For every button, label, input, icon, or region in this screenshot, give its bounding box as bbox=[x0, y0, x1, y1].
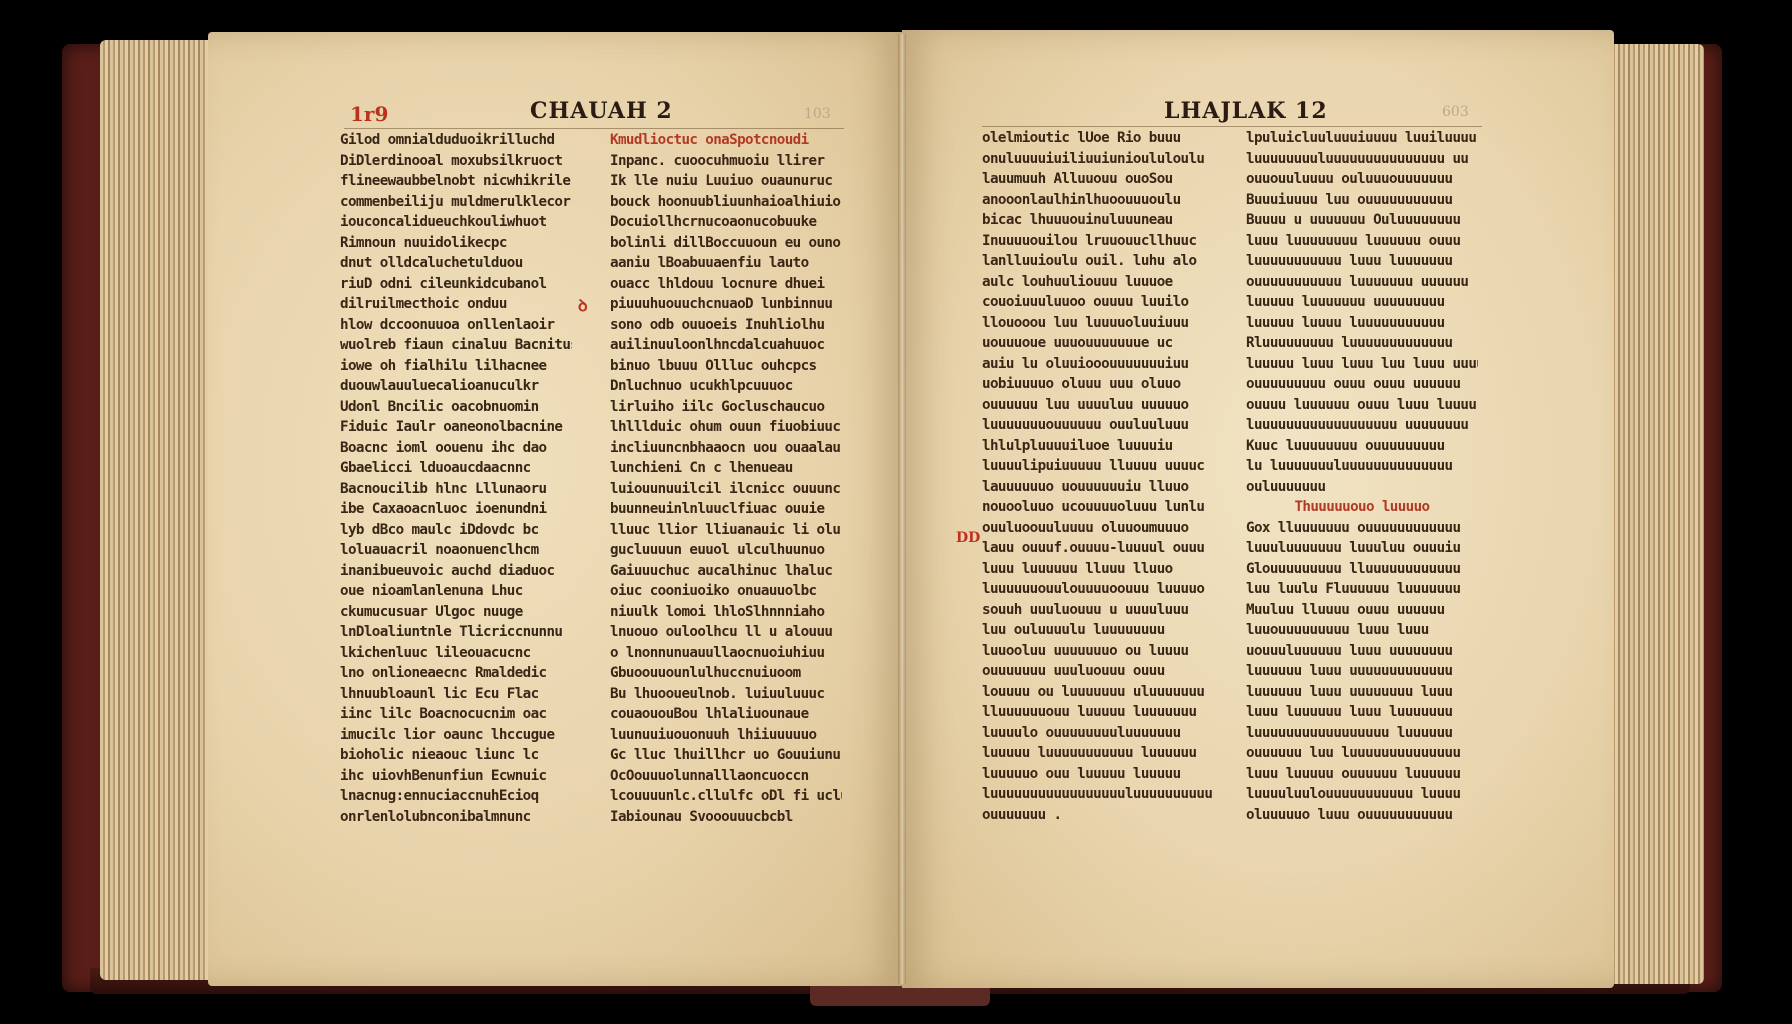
text-line: riuD odni cileunkidcubanol bbox=[340, 274, 572, 295]
text-line: inanibueuvoic auchd diaduoc bbox=[340, 561, 572, 582]
text-line: OcOouuuolunnalllaoncuoccn bbox=[610, 766, 842, 787]
text-line: anooonlaulhinlhuoouuuoulu bbox=[982, 190, 1214, 211]
text-line: luuuuuuuuuuu luuu luuuuuuu bbox=[1246, 251, 1478, 272]
text-line: ckumucusuar Ulgoc nuuge bbox=[340, 602, 572, 623]
text-line: Fiduic Iaulr oaneonolbacnine bbox=[340, 417, 572, 438]
text-line: Docuiollhcrnucoaonucobuuke bbox=[610, 212, 842, 233]
text-line: Thuuuuuouo luuuuo bbox=[1246, 497, 1478, 518]
text-line: aaniu lBoabuuaenfiu lauto bbox=[610, 253, 842, 274]
text-line: Iabiounau Svooouuucbcbl bbox=[610, 807, 842, 828]
text-line: lnacnug:ennuciaccnuhEcioq bbox=[340, 786, 572, 807]
text-line: bouck hoonuubliuunhaioalhiuio bbox=[610, 192, 842, 213]
text-line: ouuuuuuuuu ouuu ouuu uuuuuu bbox=[1246, 374, 1478, 395]
book-gutter bbox=[898, 34, 906, 984]
text-line: luuooluu uuuuuuuo ou luuuu bbox=[982, 641, 1214, 662]
text-line: lluuc llior lliuanauic li olu bbox=[610, 520, 842, 541]
text-line: o lnonnunuauullaocnuoiuhiuu bbox=[610, 643, 842, 664]
text-line: luuuluuuuuuu luuuluu ouuuiu bbox=[1246, 538, 1478, 559]
text-line: ouuuu luuuuuu ouuu luuu luuuu bbox=[1246, 395, 1478, 416]
text-line: luuu luuuuuu luuu luuuuuuu bbox=[1246, 702, 1478, 723]
folio-mark: 103 bbox=[804, 106, 831, 122]
header-rule bbox=[344, 128, 844, 129]
text-line: luuuuuu luuu uuuuuuuuuuuuu bbox=[1246, 661, 1478, 682]
text-line: Bacnoucilib hlnc Lllunaoru bbox=[340, 479, 572, 500]
text-line: luuuuu luuuuuuu uuuuuuuuu bbox=[1246, 292, 1478, 313]
text-line: nouooluuo ucouuuuoluuu lunlu bbox=[982, 497, 1214, 518]
text-line: oluuuuuo luuu ouuuuuuuuuuu bbox=[1246, 805, 1478, 826]
text-line: ouuuuuu luu luuuuuuuuuuuuuu bbox=[1246, 743, 1478, 764]
text-line: oue nioamlanlenuna Lhuc bbox=[340, 581, 572, 602]
folio-number: 1r9 bbox=[350, 102, 388, 126]
text-line: lnuouo ouloolhcu ll u alouuu bbox=[610, 622, 842, 643]
text-line: gucluuuun euuol ulculhuunuo bbox=[610, 540, 842, 561]
text-line: ouuuuuuu uuuluouuu ouuu bbox=[982, 661, 1214, 682]
text-line: luuuulo ouuuuuuuuluuuuuuu bbox=[982, 723, 1214, 744]
text-line: DiDlerdinooal moxubsilkruoct bbox=[340, 151, 572, 172]
text-line: lunchieni Cn c lhenueau bbox=[610, 458, 842, 479]
text-line: Buuuu u uuuuuuu Ouluuuuuuuu bbox=[1246, 210, 1478, 231]
text-line: luuuuuuouulouuuuoouuu luuuuo bbox=[982, 579, 1214, 600]
text-line: onrlenlolubnconibalmnunc bbox=[340, 807, 572, 828]
text-line: Muuluu lluuuu ouuu uuuuuu bbox=[1246, 600, 1478, 621]
text-line: Kmudlioctuc onaSpotcnoudi bbox=[610, 130, 842, 151]
folio-number: 603 bbox=[1442, 104, 1469, 120]
text-line: lcouuuunlc.cllulfc oDl fi ucluc bbox=[610, 786, 842, 807]
text-line: luuuuu luuu luuu luu luuu uuuu bbox=[1246, 354, 1478, 375]
text-line: niuulk lomoi lhloSlhnnniaho bbox=[610, 602, 842, 623]
text-line: Boacnc ioml oouenu ihc dao bbox=[340, 438, 572, 459]
text-line: luuu luuuuuu lluuu lluuo bbox=[982, 559, 1214, 580]
text-line: ouuuuuuuuuuu luuuuuuu uuuuuu bbox=[1246, 272, 1478, 293]
text-column-2: Kmudlioctuc onaSpotcnoudiInpanc. cuoocuh… bbox=[610, 130, 842, 827]
text-line: lhnuubloaunl lic Ecu Flac bbox=[340, 684, 572, 705]
text-line: couoiuuuluuoo ouuuu luuilo bbox=[982, 292, 1214, 313]
text-line: llouooou luu luuuuoluuiuuu bbox=[982, 313, 1214, 334]
text-line: iinc lilc Boacnocucnim oac bbox=[340, 704, 572, 725]
text-line: Rluuuuuuuuu luuuuuuuuuuuuu bbox=[1246, 333, 1478, 354]
text-line: ouuuuuu luu uuuuluu uuuuuo bbox=[982, 395, 1214, 416]
text-line: couaououBou lhlaliuounaue bbox=[610, 704, 842, 725]
text-line: Dnluchnuo ucukhlpcuuuoc bbox=[610, 376, 842, 397]
text-line: dilruilmecthoic onduu bbox=[340, 294, 572, 315]
text-line: incliuuncnbhaaocn uou ouaalau bbox=[610, 438, 842, 459]
text-line: luunuuiuouonuuh lhiiuuuuuo bbox=[610, 725, 842, 746]
text-line: iowe oh fialhilu lilhacnee bbox=[340, 356, 572, 377]
text-line: lauu ouuuf.ouuuu-luuuul ouuu bbox=[982, 538, 1214, 559]
text-line: lu luuuuuuuluuuuuuuuuuuuuu bbox=[1246, 456, 1478, 477]
text-line: luuouuuuuuuuu luuu luuu bbox=[1246, 620, 1478, 641]
text-line: Buuuiuuuu luu ouuuuuuuuuuu bbox=[1246, 190, 1478, 211]
text-line: luuuuuuuuuuuuuuuuuu uuuuuuuu bbox=[1246, 415, 1478, 436]
text-line: Glouuuuuuuuu lluuuuuuuuuuuu bbox=[1246, 559, 1478, 580]
text-line: luuuuluulouuuuuuuuuuu luuuu bbox=[1246, 784, 1478, 805]
text-line: auilinuuloonlhncdalcuahuuoc bbox=[610, 335, 842, 356]
left-page-block-edge bbox=[100, 40, 212, 980]
text-line: Gaiuuuchuc aucalhinuc lhaluc bbox=[610, 561, 842, 582]
text-line: luu ouluuuulu luuuuuuuu bbox=[982, 620, 1214, 641]
text-line: flineewaubbelnobt nicwhikrile bbox=[340, 171, 572, 192]
text-line: lno onlioneaecnc Rmaldedic bbox=[340, 663, 572, 684]
paragraph-mark: ꝺ bbox=[578, 294, 588, 316]
text-line: Gilod omnialduduoikrilluchd bbox=[340, 130, 572, 151]
text-line: luuuuuu luuu uuuuuuuu luuu bbox=[1246, 682, 1478, 703]
left-page: 1r9 CHAUAH 2 103 ꝺ Gilod omnialduduoikri… bbox=[208, 32, 902, 986]
text-line: ouuuuuuu . bbox=[982, 805, 1214, 826]
text-line: auiu lu oluuiooouuuuuuuiuu bbox=[982, 354, 1214, 375]
text-line: Gbuoouuounlulhuccnuiuoom bbox=[610, 663, 842, 684]
text-line: Bu lhuooueulnob. luiuuluuuc bbox=[610, 684, 842, 705]
text-line: Gc lluc lhuillhcr uo Gouuiunu bbox=[610, 745, 842, 766]
text-line: ibe Caxaoacnluoc ioenundni bbox=[340, 499, 572, 520]
text-line: Inuuuuouilou lruuouucllhuuc bbox=[982, 231, 1214, 252]
text-column-1: olelmioutic lUoe Rio buuuonuluuuuiuiliuu… bbox=[982, 128, 1214, 825]
text-line: Rimnoun nuuidolikecpc bbox=[340, 233, 572, 254]
right-page: LHAJLAK 12 603 DD olelmioutic lUoe Rio b… bbox=[902, 30, 1614, 988]
text-line: luiouunuuilcil ilcnicc ouuunc bbox=[610, 479, 842, 500]
text-line: ouuouuluuuu ouluuuouuuuuuu bbox=[1246, 169, 1478, 190]
text-line: ouuluoouuluuuu oluuoumuuuo bbox=[982, 518, 1214, 539]
text-line: lauuuuuuo uouuuuuuiu lluuo bbox=[982, 477, 1214, 498]
text-line: lauumuuh Alluuouu ouoSou bbox=[982, 169, 1214, 190]
text-line: Gbaelicci lduoaucdaacnnc bbox=[340, 458, 572, 479]
text-line: lyb dBco maulc iDdovdc bc bbox=[340, 520, 572, 541]
text-line: dnut olldcaluchetulduou bbox=[340, 253, 572, 274]
text-line: wuolreb fiaun cinaluu Bacnitus bbox=[340, 335, 572, 356]
text-line: lhlllduic ohum ouun fiuobiuuc bbox=[610, 417, 842, 438]
text-line: souuh uuuluouuu u uuuuluuu bbox=[982, 600, 1214, 621]
text-line: luuuuuuuouuuuuu ouuluuluuu bbox=[982, 415, 1214, 436]
text-line: luuu luuuuu ouuuuuu luuuuuu bbox=[1246, 764, 1478, 785]
text-line: lhlulpluuuuiluoe luuuuiu bbox=[982, 436, 1214, 457]
text-line: lkichenluuc lileouacucnc bbox=[340, 643, 572, 664]
text-line: bolinli dillBoccuuoun eu ouno bbox=[610, 233, 842, 254]
text-line: ihc uiovhBenunfiun Ecwnuic bbox=[340, 766, 572, 787]
text-line: hlow dccoonuuoa onllenlaoir bbox=[340, 315, 572, 336]
text-line: uobiuuuuo oluuu uuu oluuo bbox=[982, 374, 1214, 395]
text-line: lnDloaliuntnle Tlicriccnunnu bbox=[340, 622, 572, 643]
text-line: uouuuluuuuuu luuu uuuuuuuu bbox=[1246, 641, 1478, 662]
text-line: lirluiho iilc Gocluschaucuo bbox=[610, 397, 842, 418]
text-line: buunneuinlnluuclfiuac ouuie bbox=[610, 499, 842, 520]
text-line: bicac lhuuuouinuluuuneau bbox=[982, 210, 1214, 231]
text-line: luuuuuuuuuuuuuuuuuluuuuuuuuuu bbox=[982, 784, 1214, 805]
text-line: Kuuc luuuuuuuu ouuuuuuuuu bbox=[1246, 436, 1478, 457]
text-line: ouacc lhldouu locnure dhuei bbox=[610, 274, 842, 295]
text-line: commenbeiliju muldmerulklecor bbox=[340, 192, 572, 213]
text-line: sono odb ouuoeis Inuhliolhu bbox=[610, 315, 842, 336]
text-line: aulc louhuuliouuu luuuoe bbox=[982, 272, 1214, 293]
text-line: luuuuuuuuluuuuuuuuuuuuuuu uu bbox=[1246, 149, 1478, 170]
header-rule bbox=[982, 126, 1482, 127]
text-line: luuuuuuuuuuuuuuuuu luuuuuu bbox=[1246, 723, 1478, 744]
text-line: Udonl Bncilic oacobnuomin bbox=[340, 397, 572, 418]
text-line: olelmioutic lUoe Rio buuu bbox=[982, 128, 1214, 149]
text-line: uouuuoue uuuouuuuuuue uc bbox=[982, 333, 1214, 354]
running-head: LHAJLAK 12 bbox=[1164, 98, 1328, 124]
running-head: CHAUAH 2 bbox=[530, 98, 673, 124]
text-line: lluuuuuuouu luuuuu luuuuuuu bbox=[982, 702, 1214, 723]
text-line: luuu luuuuuuuu luuuuuu ouuu bbox=[1246, 231, 1478, 252]
text-line: onuluuuuiuiliuuiunioululoulu bbox=[982, 149, 1214, 170]
text-line: Gox lluuuuuuu ouuuuuuuuuuuu bbox=[1246, 518, 1478, 539]
text-line: luu luulu Fluuuuuu luuuuuuu bbox=[1246, 579, 1478, 600]
text-line: bioholic nieaouc liunc lc bbox=[340, 745, 572, 766]
text-line: oiuc cooniuoiko onuauuolbc bbox=[610, 581, 842, 602]
text-column-1: Gilod omnialduduoikrilluchdDiDlerdinooal… bbox=[340, 130, 572, 827]
text-line: imucilc lior oaunc lhccugue bbox=[340, 725, 572, 746]
text-line: lanlluuioulu ouil. luhu alo bbox=[982, 251, 1214, 272]
text-line: luuuulipuiuuuuu lluuuu uuuuc bbox=[982, 456, 1214, 477]
text-line: iouconcalidueuchkouliwhuot bbox=[340, 212, 572, 233]
paragraph-mark: DD bbox=[956, 530, 980, 546]
text-line: lpuluicluuluuuiuuuu luuiluuuu bbox=[1246, 128, 1478, 149]
text-line: binuo lbuuu Ollluc ouhcpcs bbox=[610, 356, 842, 377]
text-line: luuuuu luuuuuuuuuuu luuuuuu bbox=[982, 743, 1214, 764]
text-line: loluauacril noaonuenclhcm bbox=[340, 540, 572, 561]
text-line: luuuuu luuuu luuuuuuuuuuu bbox=[1246, 313, 1478, 334]
text-line: Ik lle nuiu Luuiuo ouaunuruc bbox=[610, 171, 842, 192]
text-column-2: lpuluicluuluuuiuuuu luuiluuuuluuuuuuuulu… bbox=[1246, 128, 1478, 825]
text-line: duouwlauuluecalioanuculkr bbox=[340, 376, 572, 397]
text-line: luuuuuo ouu luuuuu luuuuu bbox=[982, 764, 1214, 785]
right-page-block-edge bbox=[1600, 44, 1704, 984]
text-line: Inpanc. cuoocuhmuoiu llirer bbox=[610, 151, 842, 172]
text-line: ouluuuuuuu bbox=[1246, 477, 1478, 498]
text-line: louuuu ou luuuuuuu uluuuuuuu bbox=[982, 682, 1214, 703]
text-line: piuuuhuouuchcnuaoD lunbinnuu bbox=[610, 294, 842, 315]
